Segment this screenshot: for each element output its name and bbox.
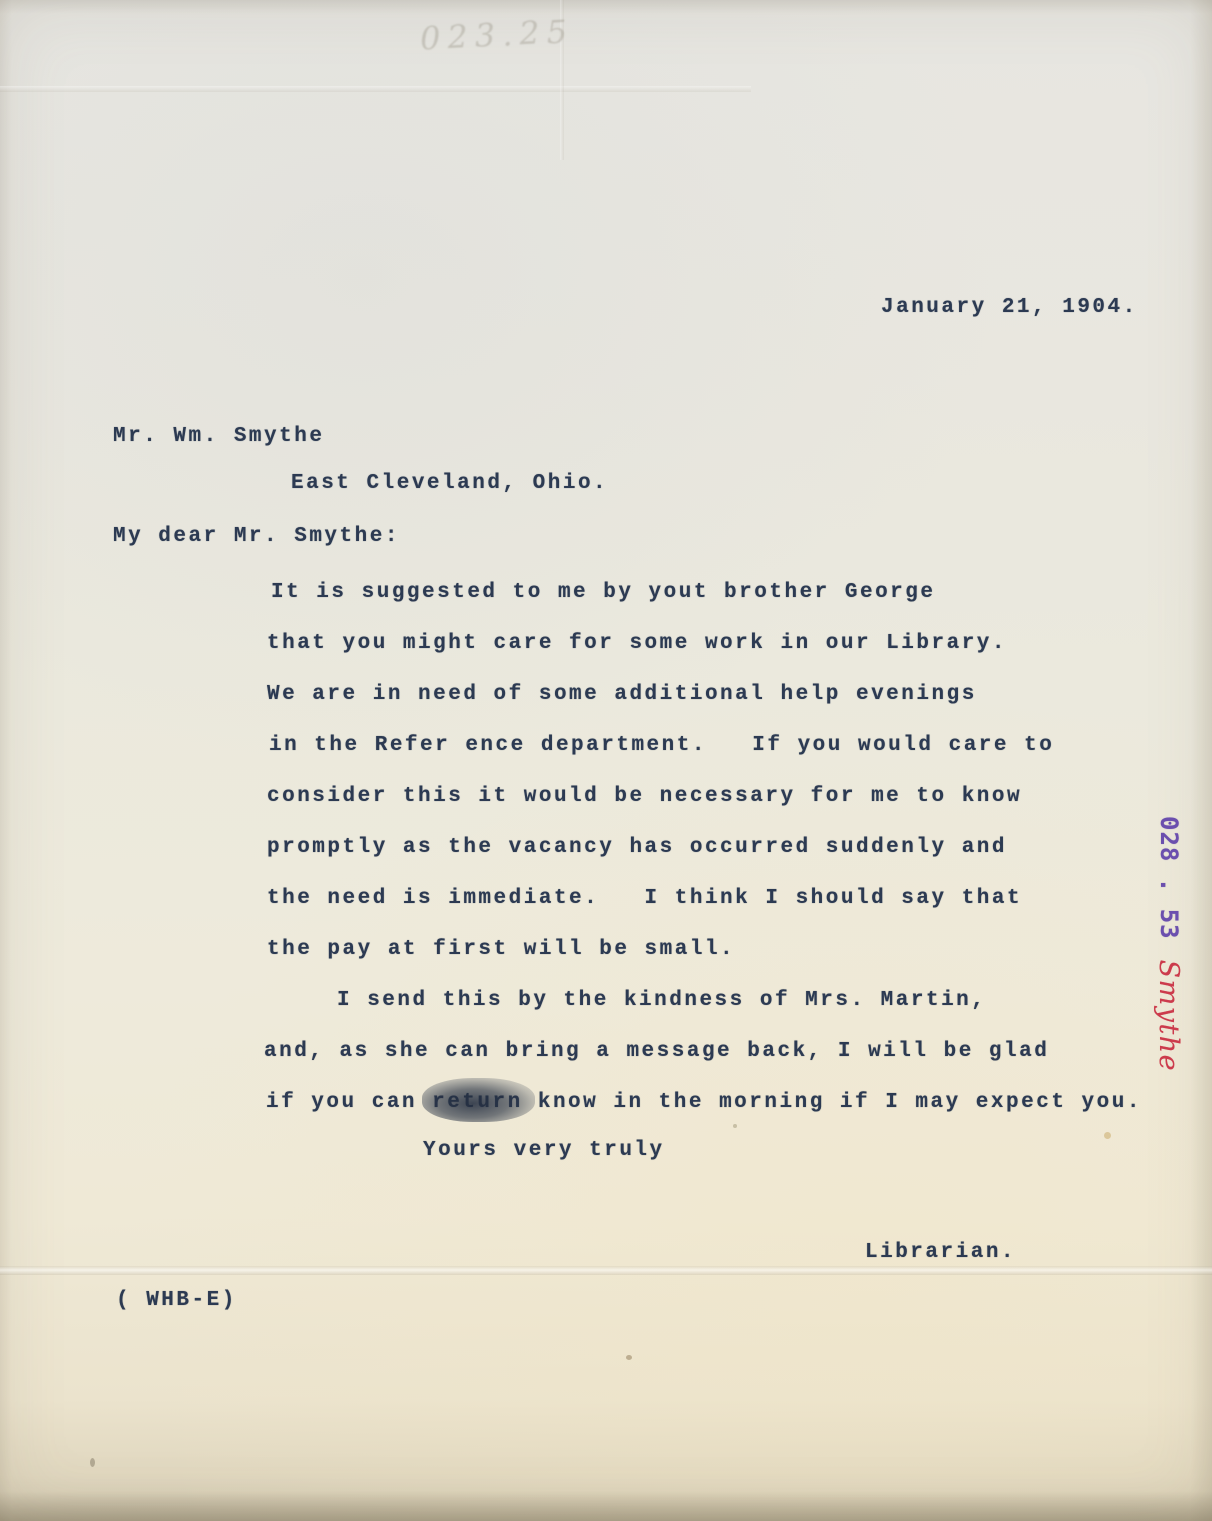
body-line: We are in need of some additional help e… [267,682,977,708]
body-line: the pay at first will be small. [267,937,735,963]
body-line: I send this by the kindness of Mrs. Mart… [337,988,986,1014]
body-line: consider this it would be necessary for … [267,784,1022,810]
paper-shading-right [1190,0,1212,1521]
body-line: and, as she can bring a message back, I … [264,1039,1049,1065]
paper-speck [90,1458,95,1467]
call-name-text: Smythe [1154,960,1185,1073]
recipient-name: Mr. Wm. Smythe [113,424,324,450]
body-text: if you can [266,1091,432,1114]
call-number-text: 028 . 53 [1155,816,1183,940]
date-line: January 21, 1904. [881,295,1138,321]
paper-crease [0,1266,1212,1275]
body-line: promptly as the vacancy has occurred sud… [267,835,1007,861]
paper-shading-left [0,0,12,1521]
faint-pencil-note: 023.25 [419,12,575,58]
struck-out-word: return [432,1090,523,1116]
body-line: that you might care for some work in our… [267,631,1007,657]
typist-initials: ( WHB-E) [116,1288,237,1314]
body-line: It is suggested to me by yout brother Ge… [271,580,936,606]
paper-speck [626,1355,632,1360]
paper-speck [733,1124,737,1128]
body-text: know in the morning if I may expect you. [523,1091,1142,1114]
paper-shading-top [0,0,1212,14]
salutation: My dear Mr. Smythe: [113,524,400,550]
body-line: in the Refer ence department. If you wou… [269,733,1054,759]
letter-page: 023.25 January 21, 1904. Mr. Wm. Smythe … [0,0,1212,1521]
closing-line: Yours very truly [423,1138,665,1164]
body-line: if you can return know in the morning if… [266,1090,1142,1116]
recipient-address: East Cleveland, Ohio. [291,471,608,497]
body-line: the need is immediate. I think I should … [267,886,1022,912]
call-number-stamp: 028 . 53 Smythe [1148,816,1190,1116]
paper-crease [0,86,751,92]
paper-speck [1104,1132,1111,1139]
signature-title: Librarian. [865,1240,1016,1266]
paper-edge-shadow [0,1491,1212,1521]
